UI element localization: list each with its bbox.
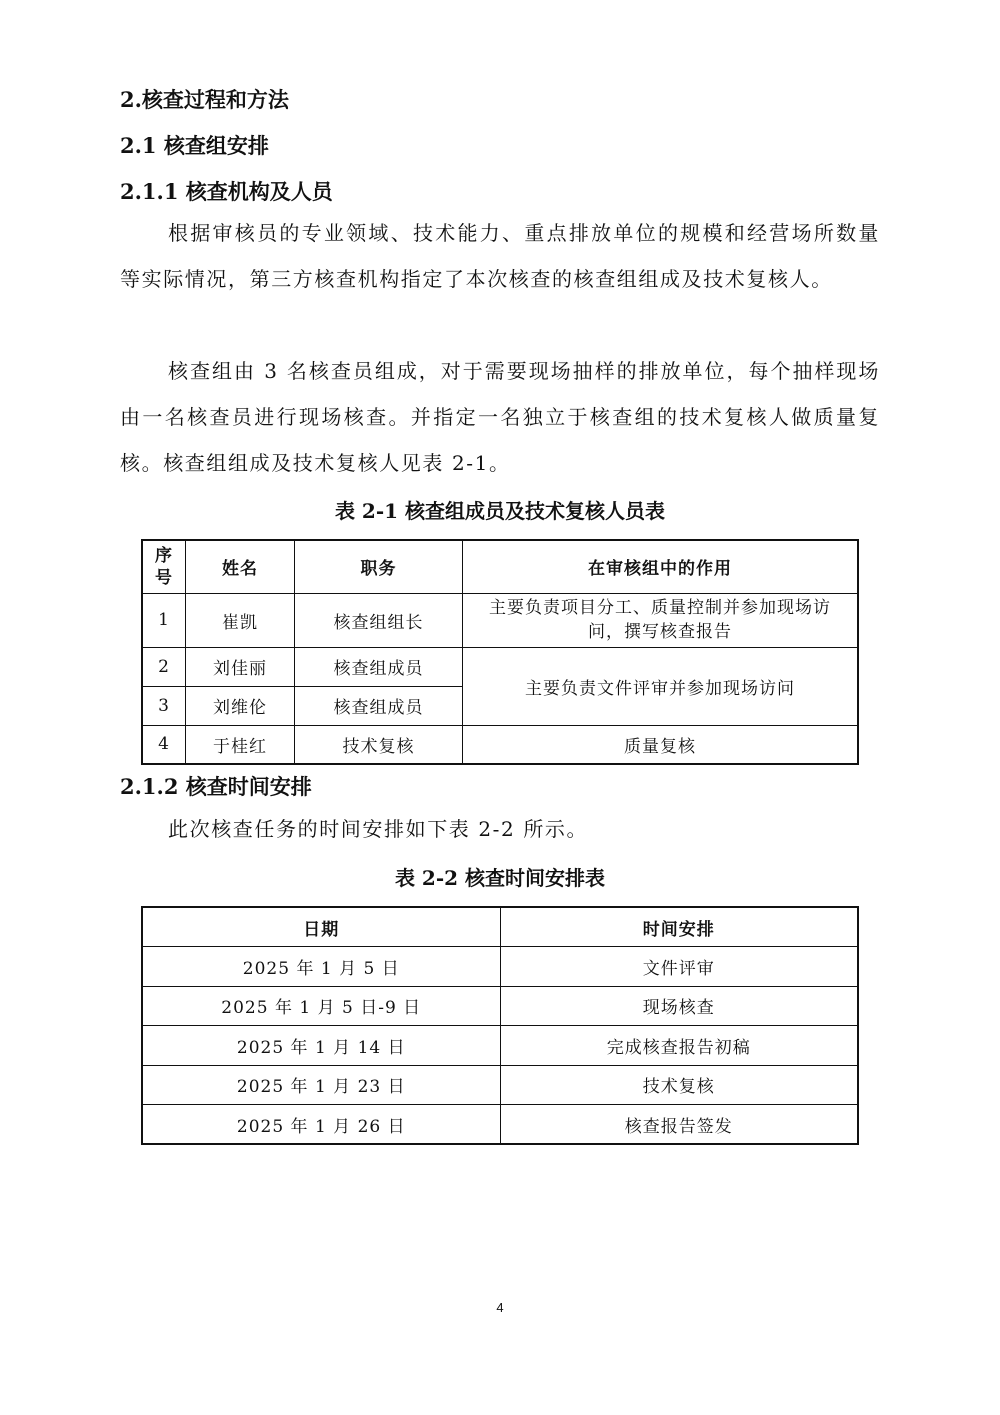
cell-seq: 3 (142, 686, 186, 725)
cell-role: 质量复核 (463, 725, 859, 764)
cell-name: 刘维伦 (186, 686, 295, 725)
header-role: 在审核组中的作用 (463, 540, 859, 593)
cell-date: 2025 年 1 月 14 日 (142, 1026, 500, 1066)
cell-position: 核查组成员 (295, 686, 463, 725)
cell-date: 2025 年 1 月 23 日 (142, 1065, 500, 1105)
schedule-table: 日期 时间安排 2025 年 1 月 5 日 文件评审 2025 年 1 月 5… (141, 906, 859, 1145)
table-row: 1 崔凯 核查组组长 主要负责项目分工、质量控制并参加现场访问，撰写核查报告 (142, 593, 858, 647)
table-row: 2025 年 1 月 26 日 核查报告签发 (142, 1105, 858, 1145)
cell-task: 现场核查 (500, 986, 858, 1026)
cell-task: 文件评审 (500, 947, 858, 987)
cell-position: 核查组组长 (295, 593, 463, 647)
paragraph-organization: 根据审核员的专业领域、技术能力、重点排放单位的规模和经营场所数量等实际情况，第三… (120, 210, 880, 302)
header-position: 职务 (295, 540, 463, 593)
table1-caption: 表 2-1 核查组成员及技术复核人员表 (0, 495, 1000, 524)
table-header-row: 序号 姓名 职务 在审核组中的作用 (142, 540, 858, 593)
cell-task: 完成核查报告初稿 (500, 1026, 858, 1066)
heading-section-2-1-1: 2.1.1 核查机构及人员 (120, 176, 333, 206)
team-members-table: 序号 姓名 职务 在审核组中的作用 1 崔凯 核查组组长 主要负责项目分工、质量… (141, 539, 859, 765)
cell-position: 核查组成员 (295, 647, 463, 686)
cell-name: 刘佳丽 (186, 647, 295, 686)
table-row: 2 刘佳丽 核查组成员 主要负责文件评审并参加现场访问 (142, 647, 858, 686)
header-seq: 序号 (142, 540, 186, 593)
header-seq-label: 序号 (155, 545, 173, 589)
table-row: 4 于桂红 技术复核 质量复核 (142, 725, 858, 764)
paragraph-team: 核查组由 3 名核查员组成，对于需要现场抽样的排放单位，每个抽样现场由一名核查员… (120, 348, 880, 486)
cell-seq: 1 (142, 593, 186, 647)
cell-date: 2025 年 1 月 5 日-9 日 (142, 986, 500, 1026)
cell-task: 技术复核 (500, 1065, 858, 1105)
heading-section-2-1: 2.1 核查组安排 (120, 130, 269, 160)
table-row: 2025 年 1 月 5 日-9 日 现场核查 (142, 986, 858, 1026)
paragraph-schedule: 此次核查任务的时间安排如下表 2-2 所示。 (120, 806, 880, 852)
cell-date: 2025 年 1 月 26 日 (142, 1105, 500, 1145)
cell-task: 核查报告签发 (500, 1105, 858, 1145)
cell-role: 主要负责项目分工、质量控制并参加现场访问，撰写核查报告 (463, 593, 859, 647)
table-row: 2025 年 1 月 23 日 技术复核 (142, 1065, 858, 1105)
table-header-row: 日期 时间安排 (142, 907, 858, 947)
document-page: 2.核查过程和方法 2.1 核查组安排 2.1.1 核查机构及人员 根据审核员的… (0, 0, 1000, 1415)
header-name: 姓名 (186, 540, 295, 593)
heading-section-2: 2.核查过程和方法 (120, 84, 289, 114)
table2-caption: 表 2-2 核查时间安排表 (0, 862, 1000, 891)
cell-position: 技术复核 (295, 725, 463, 764)
cell-name: 崔凯 (186, 593, 295, 647)
table-row: 2025 年 1 月 5 日 文件评审 (142, 947, 858, 987)
header-date: 日期 (142, 907, 500, 947)
page-number: 4 (0, 1300, 1000, 1315)
header-task: 时间安排 (500, 907, 858, 947)
heading-section-2-1-2: 2.1.2 核查时间安排 (120, 771, 312, 801)
cell-name: 于桂红 (186, 725, 295, 764)
table-row: 2025 年 1 月 14 日 完成核查报告初稿 (142, 1026, 858, 1066)
cell-date: 2025 年 1 月 5 日 (142, 947, 500, 987)
cell-seq: 2 (142, 647, 186, 686)
cell-role-merged: 主要负责文件评审并参加现场访问 (463, 647, 859, 725)
cell-seq: 4 (142, 725, 186, 764)
